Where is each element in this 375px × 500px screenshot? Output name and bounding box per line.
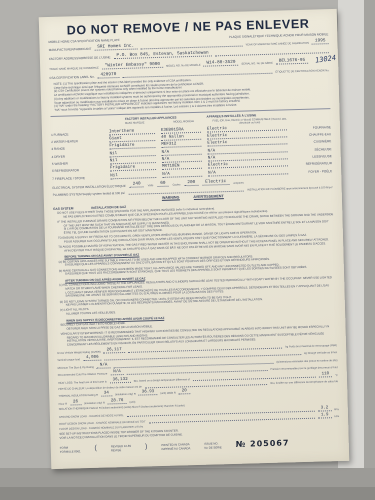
note-block: NOTE: (1) This specification plate and t… [50,75,331,113]
subtitle-fr: PLAQUE SIGNALÉTIQUE TECHNIQUE ACNOR POUR… [229,32,329,39]
ceiling-r-value: 34 [101,392,112,397]
col-model: MODEL MODÈLE [161,119,207,126]
gvwr-value: 26,117 [104,348,125,354]
pressure-value: N/A [110,370,124,375]
csa-label: CSA CERTIFICATION LABEL No. [49,75,94,80]
ground-snow-value: 3.2 [318,406,332,411]
footer-revised: REVISED 12-89 RÉVISÉ [111,443,131,452]
heat-loss-value: 36,132 [110,377,131,383]
trade-value: "Winter Embassy" 9000 [102,62,163,70]
cycles-value: 60 [157,180,168,186]
plumbing-label-fr: INSTALLATION DE PLOMBERIE approvisionnem… [247,186,332,191]
design-temp-value: 110 [319,372,333,377]
address-value: P.O. Box 845, Estevan, Saskatchewan [113,50,211,59]
plate-footer: FORM FORMULE 8961 ( REVISED 12-89 RÉVISÉ… [60,437,340,454]
amps-value: 200 [184,179,198,185]
year-value: 1995 [312,38,329,44]
plumbing-label-en: PLUMBING SYSTEM Supply system tested at … [53,190,125,196]
year-label: YEAR OF MANUFACTURE ANNÉE DE FABRICATION [246,42,310,47]
csa-value: 428970 [97,72,119,79]
footer-issue-label: ISSUE NO. No DE SÉRIE [204,441,222,449]
floor-unit-r-value: 28.76 [108,399,127,405]
wall-bottom-shadow [0,487,375,500]
serial-label: SERIAL NO. No DE SÉRIE [242,62,273,66]
wall-right-shadow [364,0,375,500]
serial-value: BEL1676-95 [276,58,309,65]
roof-snow-value: 1.9 [318,413,332,418]
serial-handwritten-value: 13024 [315,54,337,65]
footer-printed: PRINTED IN CANADA IMPRIMÉ AU CANADA [161,442,190,451]
col-make: MAKE MARQUE [109,120,161,127]
amps-extra: Electric [202,179,229,186]
tire-value: N/A [97,363,111,368]
footer-form: FORM FORMULE 8961 [60,445,81,454]
appliance-table: FACTORY INSTALLED APPLIANCES APPAREILS I… [51,108,333,180]
walls-r-value: 20 [179,390,190,395]
electrical-label: ELECTRICAL SYSTEM INSTALLATION ÉLECTRIQU… [52,183,125,189]
manufacturer-value: SRI Homes Inc. [94,44,137,51]
photo-of-spec-plate: { "colors": { "plate": "#eae6d7", "ink":… [0,0,375,500]
col-fuel: FUEL (Oil, Gas, Electric or Wood) COMBUS… [207,117,293,125]
ceiling-unit-r-value: 36.93 [139,390,158,396]
manufacturer-label: MANUFACTURER/FABRICANT [49,47,92,52]
trade-label: TRADE NAME MARQUE DE COMMERCE [49,67,99,71]
floor-r-value: 26 [70,400,81,405]
subtitle-en: MOBILE HOME CSA SPECIFICATION NAME PLATE [48,37,119,43]
volts-value: 240 [130,181,144,187]
model-value: W14-80-3520 [203,60,238,67]
footer-serial-number: № 205067 [236,439,290,449]
model-label: MODEL NO. No DE MODÈLE [166,64,201,68]
csa-label-fr: ÉTIQUETTE DE CERTIFICATION ACNOR No. [275,69,329,74]
csa-specification-plate: DO NOT REMOVE / NE PAS ENLEVER MOBILE HO… [39,9,350,469]
address-label: FACTORY ADDRESS/ADRESSE DE L'USINE [49,55,111,61]
tongue-value: 4,086 [83,356,102,362]
